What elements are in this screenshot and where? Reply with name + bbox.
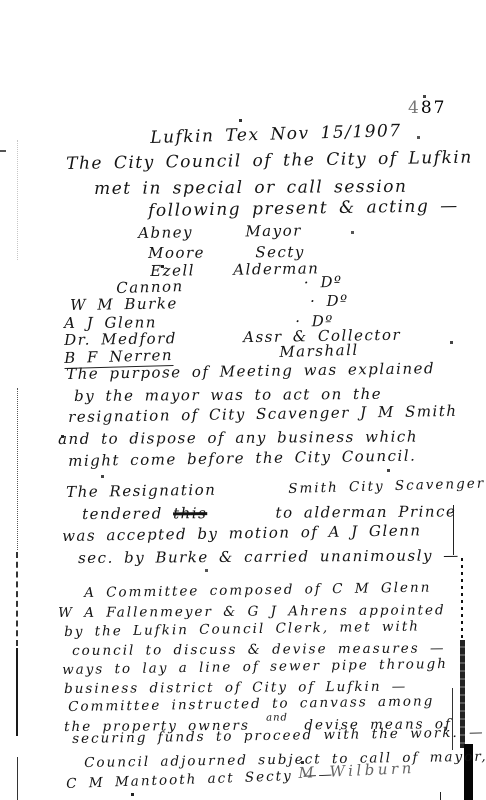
left-margin-line	[17, 388, 18, 550]
dateline: Lufkin Tex Nov 15/1907	[150, 121, 402, 148]
left-margin-line	[16, 648, 18, 736]
officer-title: · Dº	[304, 273, 343, 292]
minutes-line: resignation of City Scavenger J M Smith	[68, 402, 458, 426]
left-margin-line	[16, 552, 18, 646]
minutes-text: tendered	[82, 504, 163, 523]
ledger-page: 487 Lufkin Tex Nov 15/1907 The City Coun…	[0, 0, 486, 800]
minutes-line: Smith City Scavenger	[288, 475, 485, 496]
minutes-text: to alderman Prince	[275, 502, 456, 521]
minutes-line: following present & acting —	[148, 196, 459, 221]
minutes-line: met in special or call session	[94, 177, 407, 199]
minutes-line: might come before the City Council.	[68, 447, 416, 470]
minutes-line: The City Council of the City of Lufkin	[66, 148, 473, 174]
minutes-line: and to dispose of any business which	[58, 427, 418, 448]
officer-name: Abney	[138, 223, 193, 242]
minutes-line: was accepted by motion of A J Glenn	[62, 521, 422, 545]
struck-word: this	[173, 504, 207, 522]
minutes-line: ways to lay a line of sewer pipe through	[62, 656, 448, 678]
officer-name: W M Burke	[70, 294, 178, 314]
inserted-word: and	[266, 712, 288, 723]
minutes-line: sec. by Burke & carried unanimously —	[78, 546, 460, 567]
page-number: 487	[408, 98, 446, 118]
roll-row: W M Burke · Dº	[70, 292, 349, 314]
officer-title: Marshall	[279, 341, 359, 361]
binding-smudge	[461, 558, 463, 642]
left-margin-line	[17, 140, 18, 260]
left-margin-line	[17, 757, 18, 800]
roll-row: Abney Mayor	[138, 221, 302, 242]
minutes-line: by the mayor was to act on the	[74, 385, 382, 405]
officer-title: Secty	[255, 243, 305, 261]
officer-name: Moore	[148, 244, 205, 262]
minutes-line: tendered this to alderman Prince	[82, 502, 456, 523]
officer-title: · Dº	[310, 292, 349, 311]
signature: M Wilburn	[298, 759, 415, 782]
binding-smudge	[440, 792, 441, 800]
ink-speckles	[0, 0, 1, 1]
minutes-line: The Resignation	[66, 481, 216, 501]
minutes-line: by the Lufkin Council Clerk, met with	[64, 618, 420, 640]
officer-title: Mayor	[245, 221, 302, 240]
edge-mark	[0, 150, 6, 152]
minutes-line: A Committee composed of C M Glenn	[84, 580, 431, 601]
